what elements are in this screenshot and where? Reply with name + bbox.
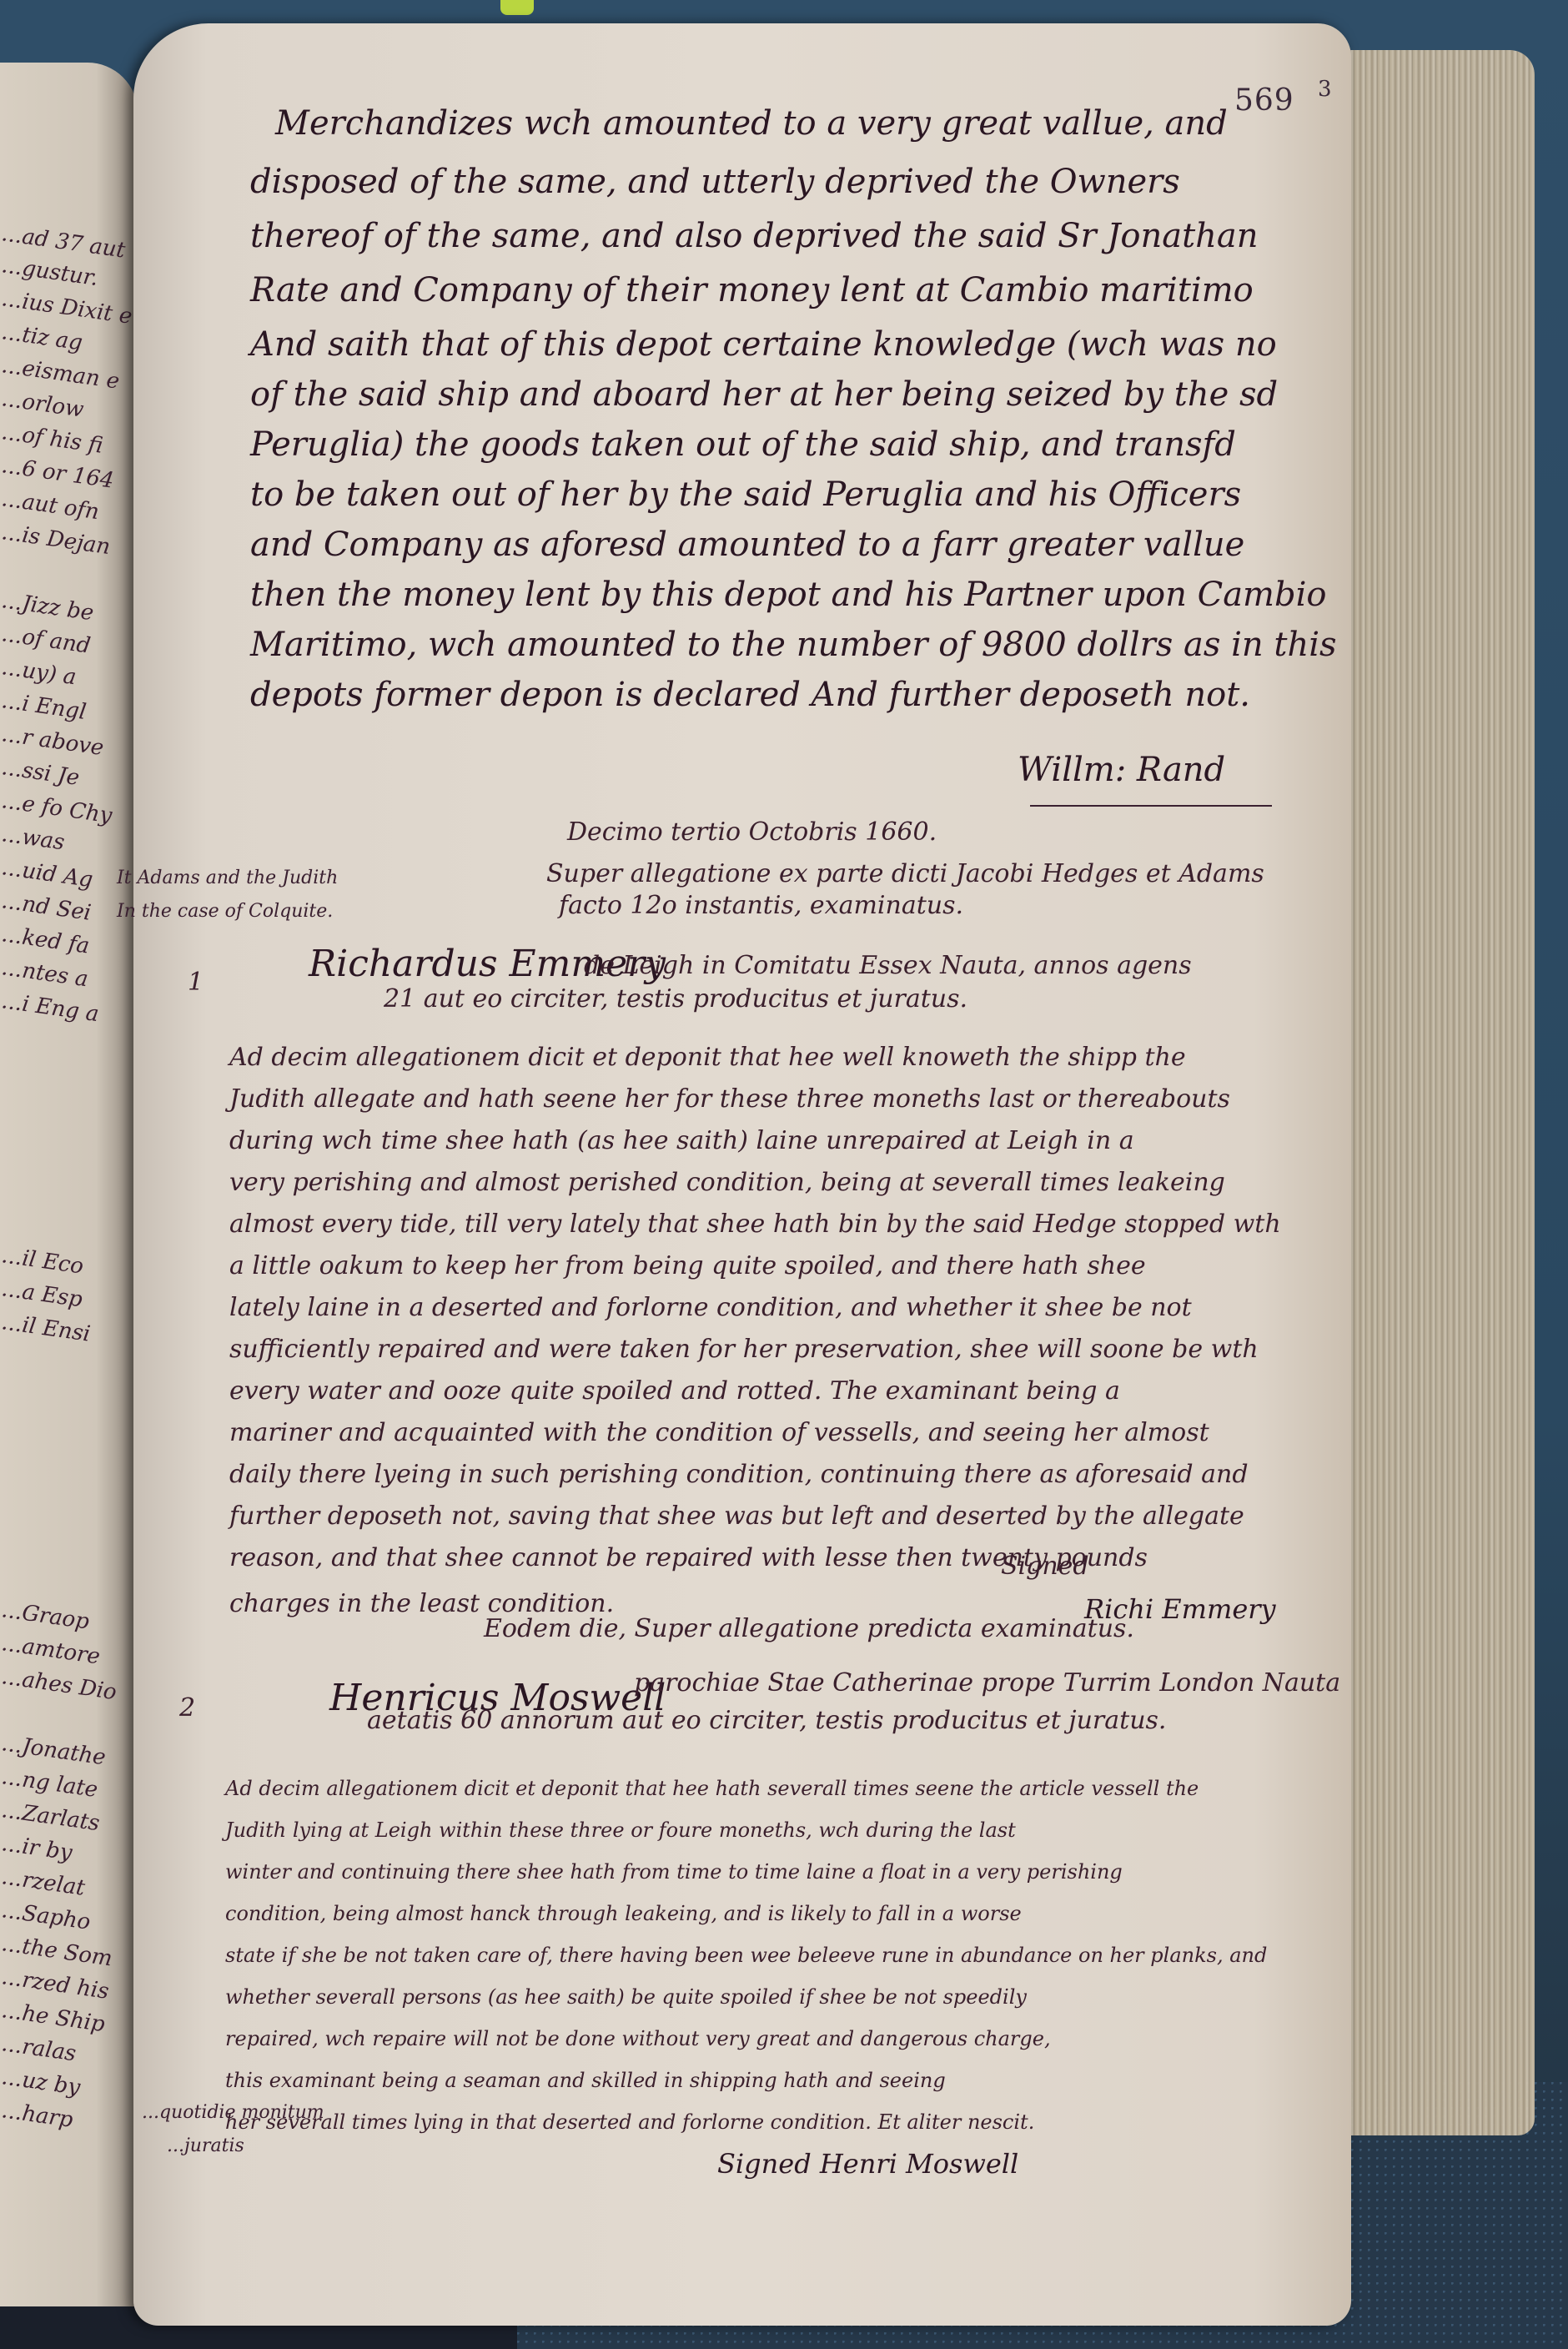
deponent-description: 21 aut eo circiter, testis producitus et…: [384, 984, 967, 1014]
text-line: condition, being almost hanck through le…: [225, 1902, 1022, 1925]
left-page-line: ...rzed his: [0, 1964, 110, 2004]
left-page-line: ...of his fi: [0, 420, 104, 459]
text-line: depots former depon is declared And furt…: [250, 676, 1250, 714]
text-line: lately laine in a deserted and forlorne …: [229, 1293, 1192, 1322]
left-page-line: ...e fo Chy: [0, 788, 113, 828]
left-page-line: ...Sapho: [0, 1898, 92, 1935]
text-line: further deposeth not, saving that shee w…: [229, 1501, 1244, 1531]
text-line: to be taken out of her by the said Perug…: [250, 475, 1241, 514]
text-line: of the said ship and aboard her at her b…: [250, 375, 1278, 414]
preamble-line: Super allegatione ex parte dicti Jacobi …: [546, 859, 1264, 888]
left-page-line: ...i Eng a: [0, 988, 100, 1027]
text-line: Merchandizes wch amounted to a very grea…: [275, 104, 1228, 143]
deponent-description: aetatis 60 annorum aut eo circiter, test…: [367, 1706, 1166, 1735]
bottom-margin-note: ...juratis: [167, 2135, 244, 2156]
left-page-line: ...6 or 164: [0, 453, 115, 494]
text-line: state if she be not taken care of, there…: [225, 1944, 1267, 1967]
text-line: every water and ooze quite spoiled and r…: [229, 1376, 1120, 1406]
text-line: Maritimo, wch amounted to the number of …: [250, 626, 1337, 664]
left-page-line: ...nd Sei: [0, 888, 93, 926]
text-line: mariner and acquainted with the conditio…: [229, 1418, 1209, 1447]
deponent-number: 2: [179, 1693, 195, 1723]
bookmark-ribbon: [500, 0, 534, 15]
text-line: repaired, wch repaire will not be done w…: [225, 2027, 1051, 2050]
text-line: during wch time shee hath (as hee saith)…: [229, 1126, 1134, 1155]
text-line: winter and continuing there shee hath fr…: [225, 1860, 1123, 1884]
left-page-line: ...il Eco: [0, 1243, 85, 1279]
text-line: disposed of the same, and utterly depriv…: [250, 163, 1180, 201]
left-page-line: ...Jizz be: [0, 588, 95, 626]
text-line: thereof of the same, and also deprived t…: [250, 217, 1259, 255]
text-line: Ad decim allegationem dicit et deponit t…: [225, 1777, 1199, 1800]
left-page-line: ...a Esp: [0, 1276, 84, 1312]
preamble-line: facto 12o instantis, examinatus.: [559, 891, 963, 920]
folio-subnumber: 3: [1318, 77, 1332, 102]
left-page-line: ...uz by: [0, 2065, 82, 2100]
left-page-line: ...tiz ag: [0, 319, 84, 355]
left-page-line: ...r above: [0, 722, 105, 761]
entry-heading: Eodem die, Super allegatione predicta ex…: [484, 1614, 1134, 1643]
text-line: Judith lying at Leigh within these three…: [225, 1818, 1016, 1842]
text-line: daily there lyeing in such perishing con…: [229, 1460, 1249, 1489]
left-page-line: ...he Ship: [0, 1998, 107, 2037]
left-page-line: ...harp: [0, 2098, 74, 2133]
left-page-line: ...the Som: [0, 1931, 114, 1971]
left-page-line: ...was: [0, 822, 66, 855]
signature-moswell: Signed Henri Moswell: [717, 2148, 1018, 2180]
left-page-line: ...Graop: [0, 1597, 91, 1634]
left-page-line: ...ked fa: [0, 922, 91, 958]
left-page-line: ...orlow: [0, 386, 85, 423]
text-line: a little oakum to keep her from being qu…: [229, 1251, 1146, 1280]
signature-rand: Willm: Rand: [1018, 751, 1225, 789]
left-page-line: ...Zarlats: [0, 1798, 101, 1836]
bottom-margin-note: ...quotidie monitum: [142, 2102, 324, 2123]
text-line: very perishing and almost perished condi…: [229, 1168, 1225, 1197]
left-page-line: ...uid Ag: [0, 855, 94, 893]
left-page-line: ...ntes a: [0, 955, 90, 992]
text-line: this examinant being a seaman and skille…: [225, 2069, 946, 2092]
left-page-line: ...rzelat: [0, 1864, 87, 1901]
text-line: Judith allegate and hath seene her for t…: [229, 1084, 1230, 1114]
text-line: sufficiently repaired and were taken for…: [229, 1335, 1259, 1364]
left-page-line: ...ng late: [0, 1764, 99, 1803]
text-line: her severall times lying in that deserte…: [225, 2110, 1034, 2134]
text-line: Peruglia) the goods taken out of the sai…: [250, 425, 1236, 464]
text-line: then the money lent by this depot and hi…: [250, 576, 1326, 614]
left-page-line: ...ir by: [0, 1831, 73, 1866]
left-page-line: ...ssi Je: [0, 755, 81, 791]
left-page: ...ad 37 aut ...gustur. ...ius Dixit e .…: [0, 63, 138, 2306]
text-line: And saith that of this depot certaine kn…: [250, 325, 1277, 364]
left-page-line: ...of and: [0, 621, 92, 659]
left-page-line: ...Jonathe: [0, 1731, 108, 1770]
left-page-line: ...ahes Dio: [0, 1664, 118, 1705]
left-page-line: ...aut ofn: [0, 486, 101, 525]
text-line: almost every tide, till very lately that…: [229, 1210, 1281, 1239]
folio-number: 569: [1234, 83, 1294, 118]
left-page-line: ...ralas: [0, 2031, 78, 2066]
signature-rule: [1030, 805, 1272, 807]
left-page-line: ...il Ensi: [0, 1310, 92, 1347]
deponent-description: parochiae Stae Catherinae prope Turrim L…: [634, 1668, 1340, 1698]
left-page-line: ...gustur.: [0, 253, 100, 291]
margin-note: In the case of Colquite.: [117, 901, 333, 922]
text-line: Ad decim allegationem dicit et deponit t…: [229, 1043, 1186, 1072]
text-line: Rate and Company of their money lent at …: [250, 271, 1254, 309]
text-line: whether severall persons (as hee saith) …: [225, 1985, 1027, 2009]
signed-label: Signed: [1001, 1552, 1089, 1581]
left-page-line: ...amtore: [0, 1631, 102, 1669]
margin-note: It Adams and the Judith: [117, 868, 338, 888]
page-edges-stack: [1343, 50, 1535, 2135]
left-page-line: ...uy) a: [0, 655, 78, 690]
text-line: and Company as aforesd amounted to a far…: [250, 526, 1244, 564]
deponent-number: 1: [188, 968, 204, 997]
left-page-line: ...is Dejan: [0, 520, 112, 560]
deponent-description: de Leigh in Comitatu Essex Nauta, annos …: [584, 951, 1192, 980]
left-page-line: ...i Engl: [0, 688, 88, 725]
date-heading: Decimo tertio Octobris 1660.: [567, 817, 937, 847]
